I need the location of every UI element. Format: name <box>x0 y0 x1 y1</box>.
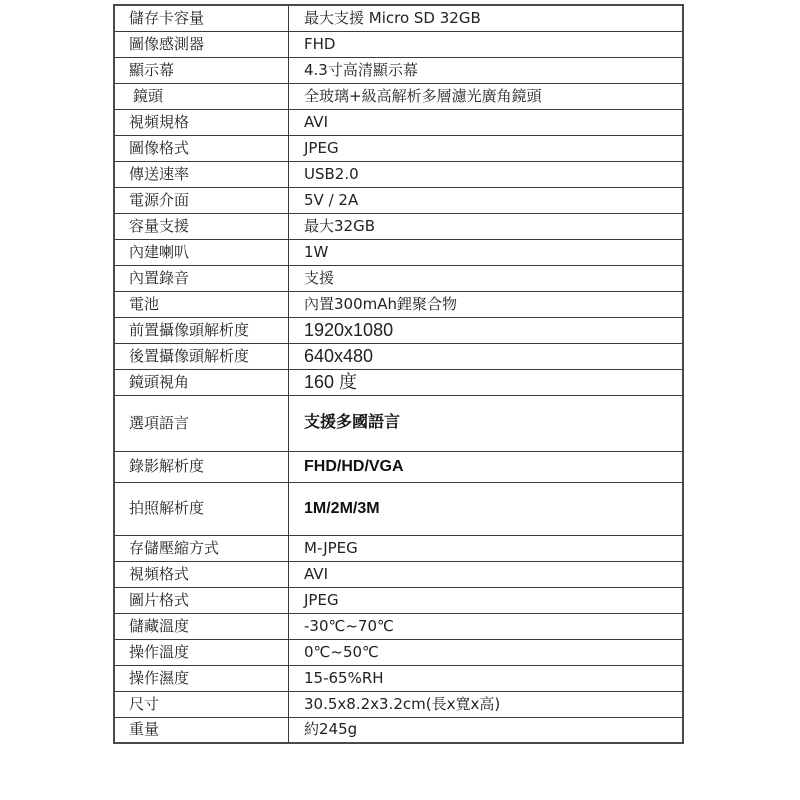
spec-label: 內建喇叭 <box>114 239 289 265</box>
spec-value: -30℃~70℃ <box>289 613 684 639</box>
spec-value: FHD/HD/VGA <box>289 451 684 482</box>
table-row: 拍照解析度 1M/2M/3M <box>114 482 683 535</box>
spec-value: 5V / 2A <box>289 187 684 213</box>
spec-label: 視頻格式 <box>114 561 289 587</box>
spec-label: 鏡頭視角 <box>114 369 289 395</box>
spec-label: 圖像格式 <box>114 135 289 161</box>
table-row: 內置錄音 支援 <box>114 265 683 291</box>
table-row: 視頻規格 AVI <box>114 109 683 135</box>
spec-label: 錄影解析度 <box>114 451 289 482</box>
spec-label: 容量支援 <box>114 213 289 239</box>
spec-label: 內置錄音 <box>114 265 289 291</box>
spec-value: 30.5x8.2x3.2cm(長x寬x高) <box>289 691 684 717</box>
table-row: 容量支援 最大32GB <box>114 213 683 239</box>
table-row: 電源介面 5V / 2A <box>114 187 683 213</box>
table-row: 操作濕度 15-65%RH <box>114 665 683 691</box>
table-row: 存儲壓縮方式 M-JPEG <box>114 535 683 561</box>
table-row: 鏡頭 全玻璃+級高解析多層濾光廣角鏡頭 <box>114 83 683 109</box>
spec-label: 圖像感測器 <box>114 31 289 57</box>
table-row: 儲存卡容量 最大支援 Micro SD 32GB <box>114 5 683 31</box>
spec-label: 存儲壓縮方式 <box>114 535 289 561</box>
table-row: 傳送速率 USB2.0 <box>114 161 683 187</box>
spec-value: 1M/2M/3M <box>289 482 684 535</box>
spec-value: AVI <box>289 561 684 587</box>
spec-label: 操作溫度 <box>114 639 289 665</box>
spec-label: 後置攝像頭解析度 <box>114 343 289 369</box>
spec-value: AVI <box>289 109 684 135</box>
spec-label: 圖片格式 <box>114 587 289 613</box>
spec-value: 1W <box>289 239 684 265</box>
spec-value: 內置300mAh鋰聚合物 <box>289 291 684 317</box>
table-row: 圖像感測器 FHD <box>114 31 683 57</box>
table-row: 尺寸 30.5x8.2x3.2cm(長x寬x高) <box>114 691 683 717</box>
spec-label: 儲藏溫度 <box>114 613 289 639</box>
spec-value: M-JPEG <box>289 535 684 561</box>
spec-label: 拍照解析度 <box>114 482 289 535</box>
spec-label: 選項語言 <box>114 395 289 451</box>
spec-value: 4.3寸高清顯示幕 <box>289 57 684 83</box>
table-row: 後置攝像頭解析度 640x480 <box>114 343 683 369</box>
spec-value: 15-65%RH <box>289 665 684 691</box>
table-row: 圖像格式 JPEG <box>114 135 683 161</box>
spec-label: 操作濕度 <box>114 665 289 691</box>
spec-label: 鏡頭 <box>114 83 289 109</box>
table-row: 顯示幕 4.3寸高清顯示幕 <box>114 57 683 83</box>
table-row: 電池 內置300mAh鋰聚合物 <box>114 291 683 317</box>
spec-value: 約245g <box>289 717 684 743</box>
spec-value: 1920x1080 <box>289 317 684 343</box>
spec-label: 儲存卡容量 <box>114 5 289 31</box>
spec-label: 顯示幕 <box>114 57 289 83</box>
table-row: 視頻格式 AVI <box>114 561 683 587</box>
spec-label: 前置攝像頭解析度 <box>114 317 289 343</box>
spec-label: 重量 <box>114 717 289 743</box>
spec-label: 尺寸 <box>114 691 289 717</box>
table-row: 內建喇叭 1W <box>114 239 683 265</box>
table-row: 錄影解析度 FHD/HD/VGA <box>114 451 683 482</box>
table-row: 前置攝像頭解析度 1920x1080 <box>114 317 683 343</box>
spec-value: 0℃~50℃ <box>289 639 684 665</box>
spec-value: 640x480 <box>289 343 684 369</box>
spec-value: 最大支援 Micro SD 32GB <box>289 5 684 31</box>
spec-value: 全玻璃+級高解析多層濾光廣角鏡頭 <box>289 83 684 109</box>
spec-value: JPEG <box>289 587 684 613</box>
spec-label: 電源介面 <box>114 187 289 213</box>
table-row: 圖片格式 JPEG <box>114 587 683 613</box>
spec-label: 傳送速率 <box>114 161 289 187</box>
spec-value: USB2.0 <box>289 161 684 187</box>
table-row: 儲藏溫度 -30℃~70℃ <box>114 613 683 639</box>
spec-table: 儲存卡容量 最大支援 Micro SD 32GB 圖像感測器 FHD 顯示幕 4… <box>113 4 684 744</box>
table-row: 選項語言 支援多國語言 <box>114 395 683 451</box>
spec-value: 160 度 <box>289 369 684 395</box>
spec-value: 支援 <box>289 265 684 291</box>
spec-value: 最大32GB <box>289 213 684 239</box>
spec-label: 電池 <box>114 291 289 317</box>
table-row: 鏡頭視角 160 度 <box>114 369 683 395</box>
table-row: 重量 約245g <box>114 717 683 743</box>
spec-value: FHD <box>289 31 684 57</box>
table-row: 操作溫度 0℃~50℃ <box>114 639 683 665</box>
spec-value: JPEG <box>289 135 684 161</box>
spec-value: 支援多國語言 <box>289 395 684 451</box>
spec-label: 視頻規格 <box>114 109 289 135</box>
